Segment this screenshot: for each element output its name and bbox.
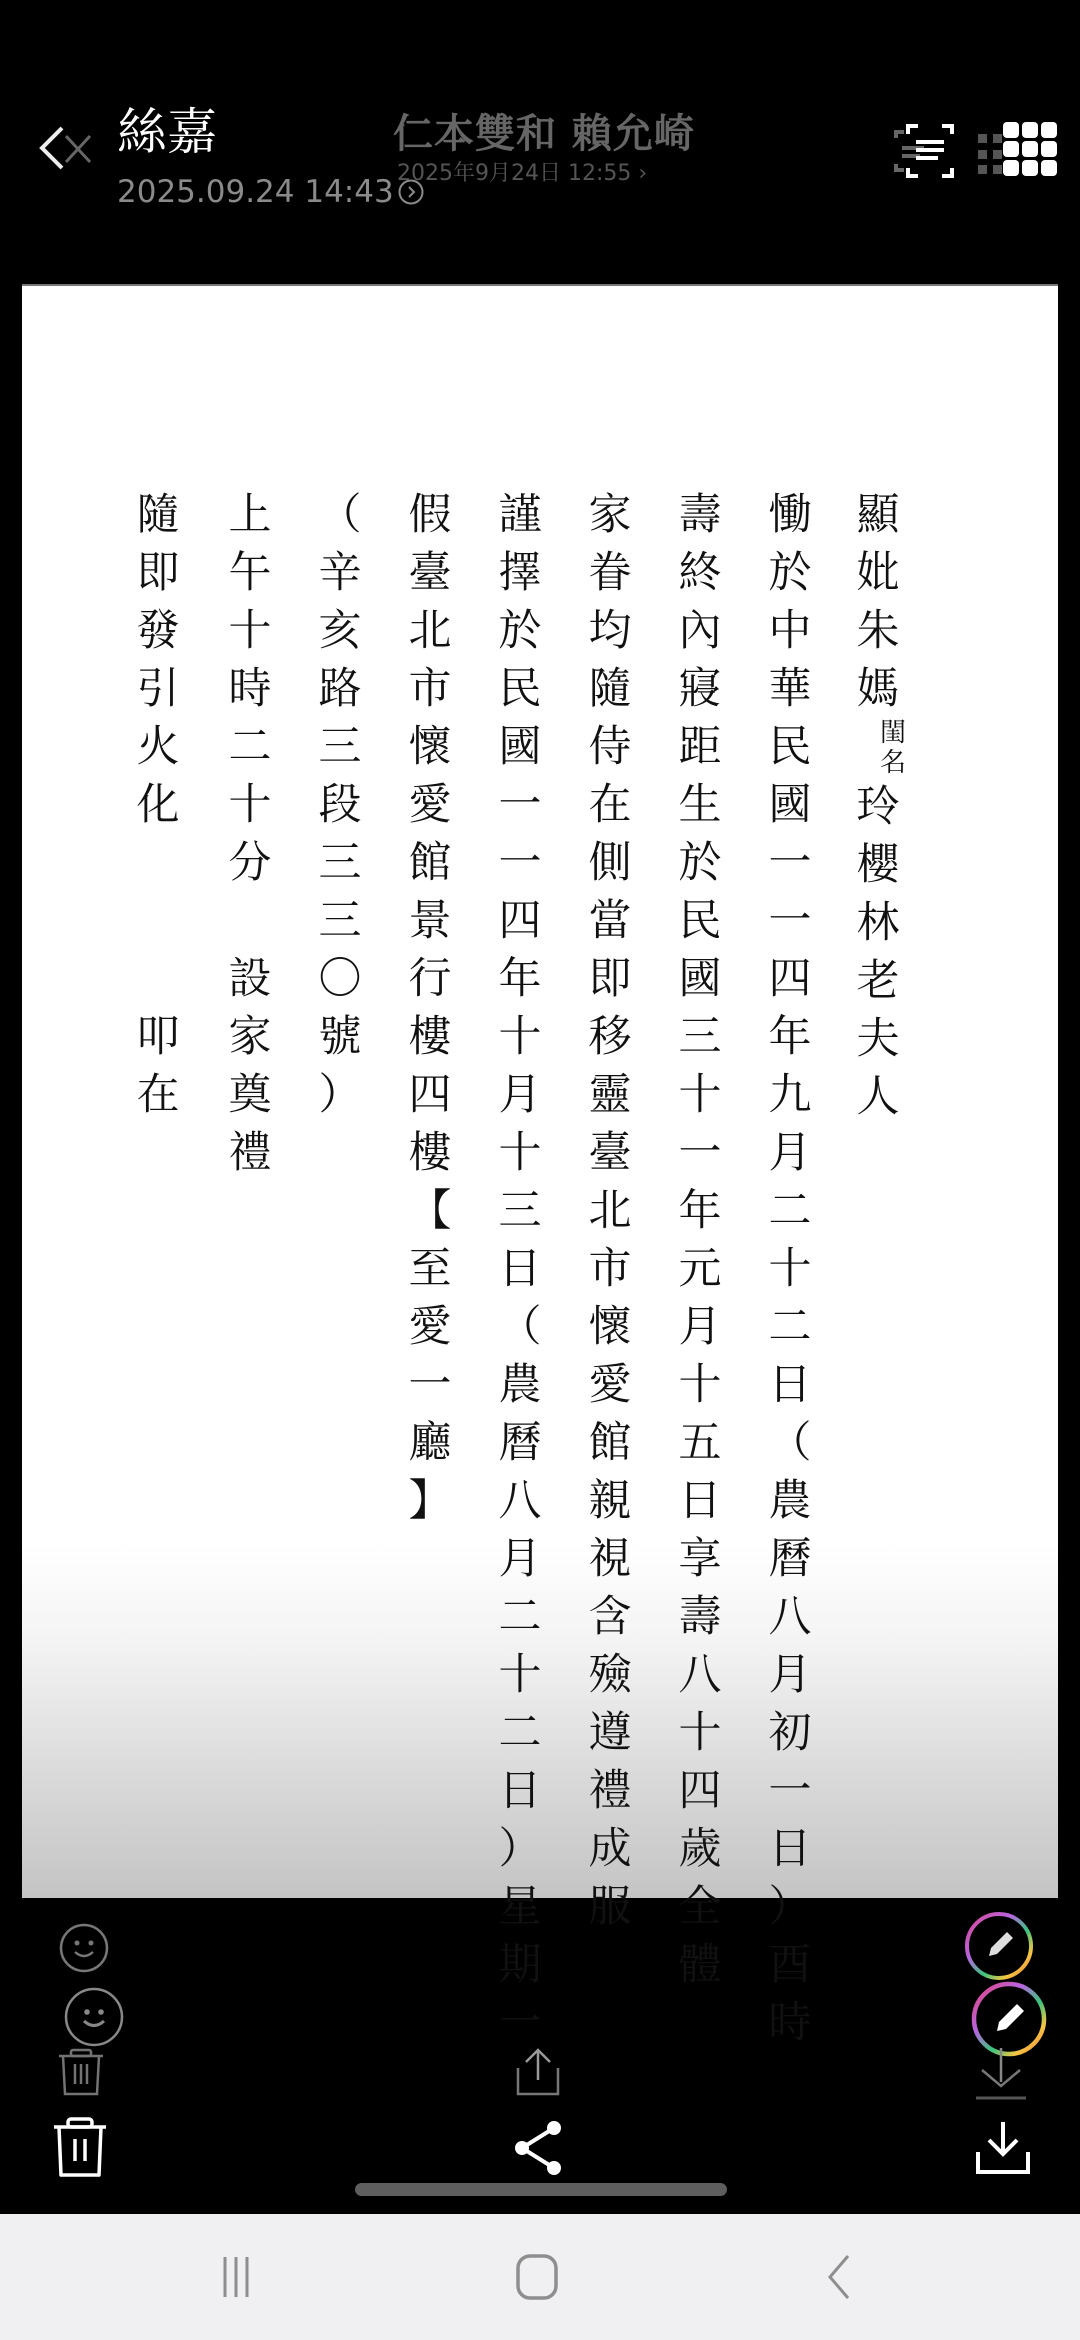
home-button[interactable] [497, 2252, 577, 2302]
glyph: 北 [409, 602, 452, 660]
glyph: 四 [679, 1762, 722, 1820]
text-column-7: （辛亥路三段三三〇號） [312, 486, 368, 1124]
glyph: 中 [769, 602, 812, 660]
glyph: 十 [499, 1008, 542, 1066]
glyph: （ [499, 1298, 542, 1356]
glyph: 月 [499, 1530, 542, 1588]
glyph: 一 [769, 892, 812, 950]
glyph: 月 [499, 1066, 542, 1124]
glyph: 假 [409, 486, 452, 544]
glyph: 民 [769, 718, 812, 776]
glyph: 隨 [589, 660, 632, 718]
glyph: （ [769, 1414, 812, 1472]
timestamp-text: 2025.09.24 14:43 [117, 172, 394, 212]
glyph: 星 [499, 1878, 542, 1936]
glyph: 在 [137, 1066, 180, 1124]
glyph: 謹 [499, 486, 542, 544]
glyph: 期 [499, 1936, 542, 1994]
glyph: 華 [769, 660, 812, 718]
glyph: 樓 [409, 1008, 452, 1066]
scan-text-button[interactable] [890, 120, 960, 182]
glyph: 北 [589, 1182, 632, 1240]
glyph: 上 [229, 486, 272, 544]
glyph: 十 [229, 776, 272, 834]
glyph: 化 [137, 776, 180, 834]
glyph: 時 [769, 1994, 812, 2052]
glyph: 四 [409, 1066, 452, 1124]
glyph: 月 [769, 1124, 812, 1182]
glyph: 臺 [409, 544, 452, 602]
ghost-trash-icon [57, 2048, 105, 2098]
ghost-edit-icon [963, 1910, 1035, 1982]
glyph: 殮 [589, 1646, 632, 1704]
glyph: 八 [499, 1472, 542, 1530]
glyph: 於 [769, 544, 812, 602]
glyph: 服 [589, 1878, 632, 1936]
glyph: 叩 [137, 1008, 180, 1066]
glyph: 家 [589, 486, 632, 544]
glyph: 日 [769, 1356, 812, 1414]
emoji-reaction-button[interactable] [63, 1986, 125, 2048]
glyph: 懷 [409, 718, 452, 776]
glyph: 日 [499, 1240, 542, 1298]
glyph: 三 [679, 1008, 722, 1066]
glyph: 慟 [769, 486, 812, 544]
glyph: 均 [589, 602, 632, 660]
glyph: 三 [319, 892, 362, 950]
delete-button[interactable] [52, 2117, 108, 2179]
glyph: 廳 [409, 1414, 452, 1472]
system-back-icon [824, 2254, 854, 2300]
glyph: 一 [499, 1994, 542, 2052]
glyph: 午 [229, 544, 272, 602]
glyph: 分 [229, 834, 272, 892]
glyph: 至 [409, 1240, 452, 1298]
glyph: 號 [319, 1008, 362, 1066]
glyph: 家 [229, 1008, 272, 1066]
glyph: 歲 [679, 1820, 722, 1878]
glyph: 擇 [499, 544, 542, 602]
glyph: 當 [589, 892, 632, 950]
glyph: 享 [679, 1530, 722, 1588]
glyph: 三 [499, 1182, 542, 1240]
glyph: 館 [589, 1414, 632, 1472]
edit-button[interactable] [970, 1980, 1048, 2058]
glyph: 愛 [409, 776, 452, 834]
text-column-2: 慟於中華民國一一四年九月二十二日（農曆八月初一日）酉時 [762, 486, 818, 2052]
text-column-3: 壽終內寢距生於民國三十一年元月十五日享壽八十四歲全體 [672, 486, 728, 1994]
glyph: 路 [319, 660, 362, 718]
glyph: 即 [137, 544, 180, 602]
glyph: 四 [769, 950, 812, 1008]
glyph: 一 [409, 1356, 452, 1414]
glyph: 侍 [589, 718, 632, 776]
glyph: 市 [589, 1240, 632, 1298]
glyph: 二 [769, 1182, 812, 1240]
text-column-1: 顯妣朱媽 閨名 玲櫻林老夫人 [850, 486, 906, 1126]
text-column-4: 家眷均隨侍在側當即移靈臺北市懷愛館親視含殮遵禮成服 [582, 486, 638, 1936]
glyph: 八 [769, 1588, 812, 1646]
share-icon [510, 2120, 566, 2176]
glyph: 視 [589, 1530, 632, 1588]
glyph: 酉 [769, 1936, 812, 1994]
glyph: 館 [409, 834, 452, 892]
glyph: 月 [679, 1298, 722, 1356]
system-back-button[interactable] [799, 2252, 879, 2302]
back-chevron-icon [36, 118, 102, 178]
glyph: 眷 [589, 544, 632, 602]
glyph: 臺 [589, 1124, 632, 1182]
glyph: 十 [679, 1066, 722, 1124]
glyph: 生 [679, 776, 722, 834]
recent-apps-button[interactable] [196, 2252, 276, 2302]
glyph: 親 [589, 1472, 632, 1530]
glyph: 含 [589, 1588, 632, 1646]
glyph: 三 [319, 834, 362, 892]
glyph: 在 [589, 776, 632, 834]
glyph: 日 [769, 1820, 812, 1878]
glyph: 一 [769, 834, 812, 892]
glyph: 發 [137, 602, 180, 660]
glyph: ） [319, 1066, 362, 1124]
glyph: 樓 [409, 1124, 452, 1182]
ghost-chat-timestamp: 2025年9月24日 12:55 › [397, 160, 647, 188]
glyph: 體 [679, 1936, 722, 1994]
scan-text-icon [890, 120, 960, 182]
glyph: 一 [499, 776, 542, 834]
glyph: 引 [137, 660, 180, 718]
glyph: 農 [769, 1472, 812, 1530]
glyph: 景 [409, 892, 452, 950]
glyph: 民 [679, 892, 722, 950]
glyph: 寢 [679, 660, 722, 718]
chevron-right-circle-icon [398, 179, 424, 205]
ghost-chat-title: 仁本雙和 賴允崎 [393, 108, 695, 160]
glyph: 十 [499, 1124, 542, 1182]
glyph: 月 [769, 1646, 812, 1704]
glyph: 段 [319, 776, 362, 834]
glyph: 二 [499, 1588, 542, 1646]
glyph: 禮 [589, 1762, 632, 1820]
glyph: 愛 [409, 1298, 452, 1356]
glyph: 日 [499, 1762, 542, 1820]
glyph: 亥 [319, 602, 362, 660]
glyph: 遵 [589, 1704, 632, 1762]
text-column-8: 上午十時二十分設家奠禮 [222, 486, 278, 1182]
glyph: 愛 [589, 1356, 632, 1414]
glyph: 年 [679, 1182, 722, 1240]
photo-viewer-image[interactable]: 顯妣朱媽 閨名 玲櫻林老夫人 慟於中華民國一一四年九月二十二日（農曆八月初一日）… [22, 284, 1058, 1898]
glyph: 十 [769, 1240, 812, 1298]
glyph: 時 [229, 660, 272, 718]
glyph: 奠 [229, 1066, 272, 1124]
ghost-emoji-icon [58, 1922, 110, 1974]
glyph: 十 [679, 1704, 722, 1762]
glyph: 側 [589, 834, 632, 892]
glyph: 十 [679, 1356, 722, 1414]
text-column-6: 假臺北市懷愛館景行樓四樓【至愛一廳】 [402, 486, 458, 1530]
ghost-upload-icon [515, 2046, 561, 2098]
glyph: 八 [679, 1646, 722, 1704]
glyph: 國 [499, 718, 542, 776]
emoji-reaction-icon [63, 1986, 125, 2048]
glyph: 一 [769, 1762, 812, 1820]
glyph: 元 [679, 1240, 722, 1298]
system-navigation-bar [0, 2214, 1080, 2340]
glyph: 曆 [499, 1414, 542, 1472]
glyph: 〇 [319, 950, 362, 1008]
glyph: 初 [769, 1704, 812, 1762]
glyph: 國 [679, 950, 722, 1008]
grid-view-icon [978, 118, 1060, 184]
glyph: 五 [679, 1414, 722, 1472]
glyph: 禮 [229, 1124, 272, 1182]
text-column-5: 謹擇於民國一一四年十月十三日（農曆八月二十二日）星期一 [492, 486, 548, 2052]
glyph: 一 [679, 1124, 722, 1182]
draw-edit-icon [970, 1980, 1048, 2058]
glyph: 農 [499, 1356, 542, 1414]
glyph: 內 [679, 602, 722, 660]
home-icon [515, 2254, 559, 2300]
sender-name: 絲嘉 [117, 100, 217, 164]
glyph: （ [319, 486, 362, 544]
glyph: 壽 [679, 486, 722, 544]
glyph: 十 [499, 1646, 542, 1704]
glyph: 行 [409, 950, 452, 1008]
text-column-9: 隨即發引火化叩在 [130, 486, 186, 1124]
glyph: 於 [499, 602, 542, 660]
download-icon [975, 2120, 1031, 2176]
glyph: ） [499, 1820, 542, 1878]
glyph: 距 [679, 718, 722, 776]
glyph: 年 [499, 950, 542, 1008]
share-button[interactable] [510, 2120, 566, 2176]
glyph: 辛 [319, 544, 362, 602]
glyph: 即 [589, 950, 632, 1008]
glyph: 三 [319, 718, 362, 776]
glyph: 成 [589, 1820, 632, 1878]
glyph: 壽 [679, 1588, 722, 1646]
glyph: 於 [679, 834, 722, 892]
gesture-handle[interactable] [355, 2183, 727, 2196]
glyph: 設 [229, 950, 272, 1008]
glyph: 終 [679, 544, 722, 602]
glyph: 一 [499, 834, 542, 892]
download-button[interactable] [975, 2120, 1031, 2176]
glyph: 移 [589, 1008, 632, 1066]
glyph: 靈 [589, 1066, 632, 1124]
ghost-download-icon [976, 2048, 1026, 2102]
glyph: 懷 [589, 1298, 632, 1356]
glyph: 二 [769, 1298, 812, 1356]
glyph: 曆 [769, 1530, 812, 1588]
trash-icon [52, 2117, 108, 2179]
glyph: 二 [229, 718, 272, 776]
glyph: 十 [229, 602, 272, 660]
glyph: 四 [499, 892, 542, 950]
glyph: 二 [499, 1704, 542, 1762]
glyph: 】 [409, 1472, 452, 1530]
glyph: 全 [679, 1878, 722, 1936]
glyph: 民 [499, 660, 542, 718]
glyph: 國 [769, 776, 812, 834]
recent-apps-icon [221, 2255, 251, 2299]
glyph: ） [769, 1878, 812, 1936]
message-timestamp[interactable]: 2025.09.24 14:43 [117, 172, 424, 212]
grid-view-button[interactable] [978, 118, 1060, 184]
glyph: 九 [769, 1066, 812, 1124]
glyph: 火 [137, 718, 180, 776]
glyph: 【 [409, 1182, 452, 1240]
glyph: 年 [769, 1008, 812, 1066]
glyph: 隨 [137, 486, 180, 544]
glyph: 日 [679, 1472, 722, 1530]
glyph: 市 [409, 660, 452, 718]
back-button[interactable] [36, 118, 102, 178]
